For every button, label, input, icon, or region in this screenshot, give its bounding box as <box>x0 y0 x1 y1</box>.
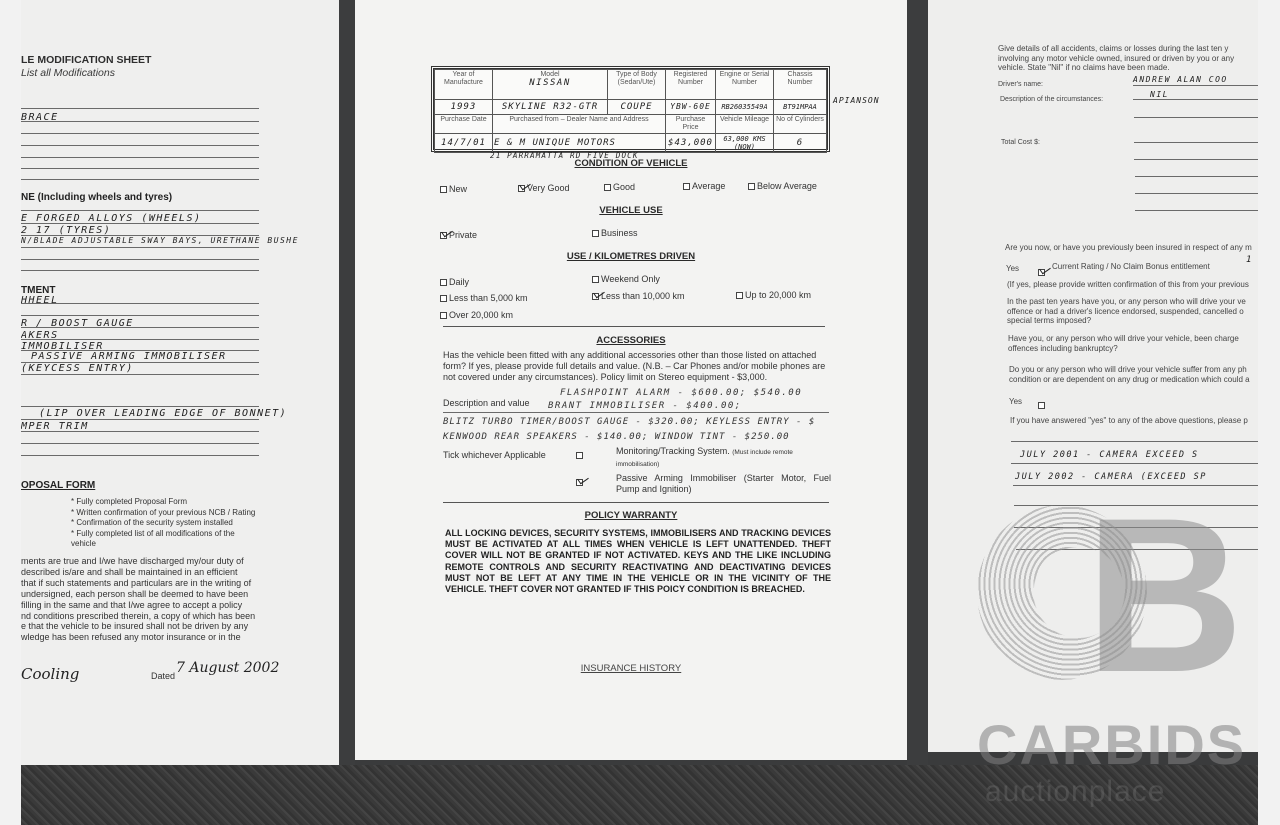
form-line <box>21 145 259 146</box>
use-business[interactable]: Business <box>592 228 638 238</box>
details-prompt: If you have answered "yes" to any of the… <box>1010 416 1248 426</box>
checklist-item: Confirmation of the security system inst… <box>71 518 255 529</box>
option-label: Private <box>449 230 477 240</box>
form-line <box>1013 485 1258 486</box>
make-value: NISSAN <box>529 78 571 88</box>
suspension-entry: N/BLADE ADJUSTABLE SWAY BAYS, URETHANE B… <box>21 236 299 245</box>
tick-label: Tick whichever Applicable <box>443 450 546 460</box>
form-line <box>1011 463 1258 464</box>
sheet-gap <box>339 0 355 765</box>
rating-label: Current Rating / No Claim Bonus entitlem… <box>1052 262 1210 272</box>
option-label: Below Average <box>757 181 817 191</box>
form-line <box>21 315 259 316</box>
dated-value: 7 August 2002 <box>176 660 279 676</box>
form-line <box>21 179 259 180</box>
watermark-brand: CARBIDS <box>977 712 1246 777</box>
cylinders-value: 6 <box>774 134 827 153</box>
form-line <box>1014 505 1258 506</box>
modification-sheet-title: LE MODIFICATION SHEET <box>21 54 151 66</box>
form-line <box>1135 210 1258 211</box>
checkbox[interactable] <box>592 230 599 237</box>
header-engine-number: Engine or Serial Number <box>716 70 774 100</box>
equipment-entry: HHEEL <box>21 295 59 306</box>
accessories-heading: ACCESSORIES <box>355 335 907 346</box>
equipment-entry: (KEYCESS ENTRY) <box>21 363 134 374</box>
claims-intro: Give details of all accidents, claims or… <box>998 44 1234 73</box>
details-entry: JULY 2001 - CAMERA EXCEED S <box>1020 450 1199 460</box>
form-line <box>21 247 259 248</box>
accessory-entry: FLASHPOINT ALARM - $600.00; $540.00 <box>560 388 802 398</box>
form-line <box>21 406 259 407</box>
proposal-heading: OPOSAL FORM <box>21 480 95 491</box>
insured-question: Are you now, or have you previously been… <box>1005 243 1252 253</box>
km-over-20000[interactable]: Over 20,000 km <box>440 310 513 320</box>
option-label: Less than 10,000 km <box>601 291 685 301</box>
year-value: 1993 <box>435 100 493 115</box>
accessory-entry: BLITZ TURBO TIMER/BOOST GAUGE - $320.00;… <box>443 417 815 427</box>
header-chassis-number: Chassis Number <box>774 70 827 100</box>
form-line <box>21 259 259 260</box>
option-label: Over 20,000 km <box>449 310 513 320</box>
driver-name-label: Driver's name: <box>998 80 1043 90</box>
header-model: ModelNISSAN <box>493 70 608 100</box>
form-line <box>21 121 259 122</box>
proposal-checklist: Fully completed Proposal Form Written co… <box>71 497 255 550</box>
condition-good[interactable]: Good <box>604 182 635 192</box>
condition-below-average[interactable]: Below Average <box>748 181 817 191</box>
header-purchase-date: Purchase Date <box>435 115 493 134</box>
checkbox[interactable] <box>440 186 447 193</box>
section-divider <box>443 502 829 503</box>
header-purchase-price: Purchase Price <box>666 115 716 134</box>
offence-question: In the past ten years have you, or any p… <box>1007 297 1246 326</box>
description-label: Description and value <box>443 398 530 408</box>
form-line <box>443 412 829 413</box>
exterior-entry: (LIP OVER LEADING EDGE OF BONNET) <box>39 408 287 419</box>
insurance-history-heading: INSURANCE HISTORY <box>355 663 907 674</box>
chassis-number-overflow: APIANSON <box>833 96 880 105</box>
checkbox[interactable] <box>1038 402 1045 409</box>
form-line <box>21 303 259 304</box>
proposal-form-page: Year of Manufacture ModelNISSAN Type of … <box>355 0 907 760</box>
header-year: Year of Manufacture <box>435 70 493 100</box>
accessory-entry: BRANT IMMOBILISER - $400.00; <box>548 401 742 411</box>
purchase-date-value: 14/7/01 <box>435 134 493 153</box>
checkbox[interactable] <box>604 184 611 191</box>
accessory-entry: KENWOOD REAR SPEAKERS - $140.00; WINDOW … <box>443 432 790 442</box>
form-line <box>1016 549 1258 550</box>
form-line <box>21 443 259 444</box>
watermark-tagline: auctionplace <box>985 775 1165 809</box>
option-label: New <box>449 184 467 194</box>
vehicle-use-heading: VEHICLE USE <box>355 205 907 216</box>
option-label: Less than 5,000 km <box>449 293 528 303</box>
header-body-type: Type of Body (Sedan/Ute) <box>608 70 666 100</box>
form-line <box>21 455 259 456</box>
passive-immobiliser-checkbox[interactable] <box>576 477 585 487</box>
condition-very-good[interactable]: Very Good <box>518 183 570 193</box>
km-less-5000[interactable]: Less than 5,000 km <box>440 293 528 303</box>
declaration-text: ments are true and I/we have discharged … <box>21 556 271 643</box>
insurance-history-page: Give details of all accidents, claims or… <box>928 0 1258 752</box>
header-mileage: Vehicle Mileage <box>716 115 774 134</box>
form-line <box>21 339 259 340</box>
checkbox[interactable] <box>440 295 447 302</box>
km-driven-heading: USE / KILOMETRES DRIVEN <box>355 251 907 262</box>
checkbox[interactable] <box>736 292 743 299</box>
option-label: Business <box>601 228 638 238</box>
section-divider <box>443 326 825 327</box>
checklist-item: Fully completed Proposal Form <box>71 497 255 508</box>
checklist-item: Written confirmation of your previous NC… <box>71 508 255 519</box>
purchase-price-value: $43,000 <box>666 134 716 153</box>
policy-warranty-heading: POLICY WARRANTY <box>355 510 907 521</box>
signature: Cooling <box>21 665 79 683</box>
checkbox-checked[interactable] <box>592 293 599 300</box>
checklist-item: Fully completed list of all modification… <box>71 529 251 550</box>
option-label: Daily <box>449 277 469 287</box>
form-line <box>21 108 259 109</box>
total-cost-label: Total Cost $: <box>1001 138 1040 148</box>
driver-name-value: ANDREW ALAN COO <box>1133 75 1228 84</box>
checkbox[interactable] <box>440 279 447 286</box>
form-line <box>21 327 259 328</box>
option-label: Monitoring/Tracking System. <box>616 446 730 456</box>
suspension-heading: NE (Including wheels and tyres) <box>21 192 172 203</box>
details-entry: JULY 2002 - CAMERA (EXCEED SP <box>1015 472 1207 482</box>
km-up-to-20000[interactable]: Up to 20,000 km <box>736 290 811 300</box>
medical-question: Do you or any person who will drive your… <box>1009 365 1250 384</box>
form-line <box>21 157 259 158</box>
form-line <box>21 168 259 169</box>
checkbox[interactable] <box>592 276 599 283</box>
accessories-question: Has the vehicle been fitted with any add… <box>443 350 829 383</box>
form-line <box>21 374 259 375</box>
form-line <box>21 210 259 211</box>
tracking-checkbox[interactable] <box>576 450 585 460</box>
form-line <box>21 419 259 420</box>
body-type-value: COUPE <box>608 100 666 115</box>
yes-checkbox[interactable] <box>1038 262 1047 280</box>
rating-value: 1 <box>1246 255 1253 265</box>
condition-average[interactable]: Average <box>683 181 725 191</box>
equipment-entry: PASSIVE ARMING IMMOBILISER <box>31 351 227 362</box>
option-label: Weekend Only <box>601 274 660 284</box>
policy-warranty-text: ALL LOCKING DEVICES, SECURITY SYSTEMS, I… <box>445 528 831 595</box>
form-line <box>1133 99 1258 100</box>
circumstances-label: Description of the circumstances: <box>1000 95 1103 105</box>
tracking-option: Monitoring/Tracking System. (Must includ… <box>616 446 831 470</box>
form-line <box>1133 85 1258 86</box>
dealer-value: E & M UNIQUE MOTORS <box>493 134 666 153</box>
passive-immobiliser-option: Passive Arming Immobiliser (Starter Moto… <box>616 473 831 495</box>
checkbox-checked[interactable] <box>440 232 447 239</box>
sheet-gap <box>907 0 928 765</box>
chassis-number-value: BT91MPAA <box>774 100 827 115</box>
charged-question: Have you, or any person who will drive y… <box>1008 334 1239 353</box>
model-value: SKYLINE R32-GTR <box>493 100 608 115</box>
form-line <box>1134 142 1258 143</box>
option-label: Up to 20,000 km <box>745 290 811 300</box>
modification-sheet-subtitle: List all Modifications <box>21 67 115 79</box>
checkbox[interactable] <box>440 312 447 319</box>
vehicle-details-table: Year of Manufacture ModelNISSAN Type of … <box>431 66 830 152</box>
form-line <box>1134 159 1258 160</box>
modification-sheet: LE MODIFICATION SHEET List all Modificat… <box>21 0 339 765</box>
form-line <box>1135 193 1258 194</box>
checkbox[interactable] <box>576 452 583 459</box>
checkbox[interactable] <box>748 183 755 190</box>
option-label: Average <box>692 181 725 191</box>
form-line <box>21 133 259 134</box>
form-line <box>1011 441 1258 442</box>
option-label: Very Good <box>527 183 570 193</box>
engine-number-value: RB26035549A <box>716 100 774 115</box>
condition-new[interactable]: New <box>440 184 467 194</box>
circumstances-value: NIL <box>1150 90 1169 99</box>
form-line <box>21 431 259 432</box>
header-cylinders: No of Cylinders <box>774 115 827 134</box>
form-line <box>1135 176 1258 177</box>
form-line <box>21 223 259 224</box>
registration-value: YBW-60E <box>666 100 716 115</box>
km-less-10000[interactable]: Less than 10,000 km <box>592 291 685 301</box>
km-weekend-only[interactable]: Weekend Only <box>592 274 660 284</box>
form-line <box>1134 117 1258 118</box>
dated-label: Dated <box>151 671 175 681</box>
checkbox-checked[interactable] <box>576 479 583 486</box>
confirmation-note: (If yes, please provide written confirma… <box>1007 280 1249 290</box>
photo-border-left <box>0 0 21 825</box>
form-line <box>1014 527 1258 528</box>
header-model-label: Model <box>540 71 559 78</box>
header-dealer: Purchased from – Dealer Name and Address <box>493 115 666 134</box>
photo-border-right <box>1258 0 1280 825</box>
yes2-label: Yes <box>1009 397 1022 407</box>
checkbox-checked[interactable] <box>1038 269 1045 276</box>
option-label: Good <box>613 182 635 192</box>
yes-label: Yes <box>1006 264 1019 274</box>
checkbox-checked[interactable] <box>518 185 525 192</box>
mileage-value: 63,000 KMS (NOW) <box>716 134 774 153</box>
use-private[interactable]: Private <box>440 230 477 240</box>
checkbox[interactable] <box>683 183 690 190</box>
yes2-checkbox[interactable] <box>1038 395 1047 413</box>
km-daily[interactable]: Daily <box>440 277 469 287</box>
header-registration: Registered Number <box>666 70 716 100</box>
form-line <box>21 270 259 271</box>
condition-heading: CONDITION OF VEHICLE <box>355 158 907 169</box>
